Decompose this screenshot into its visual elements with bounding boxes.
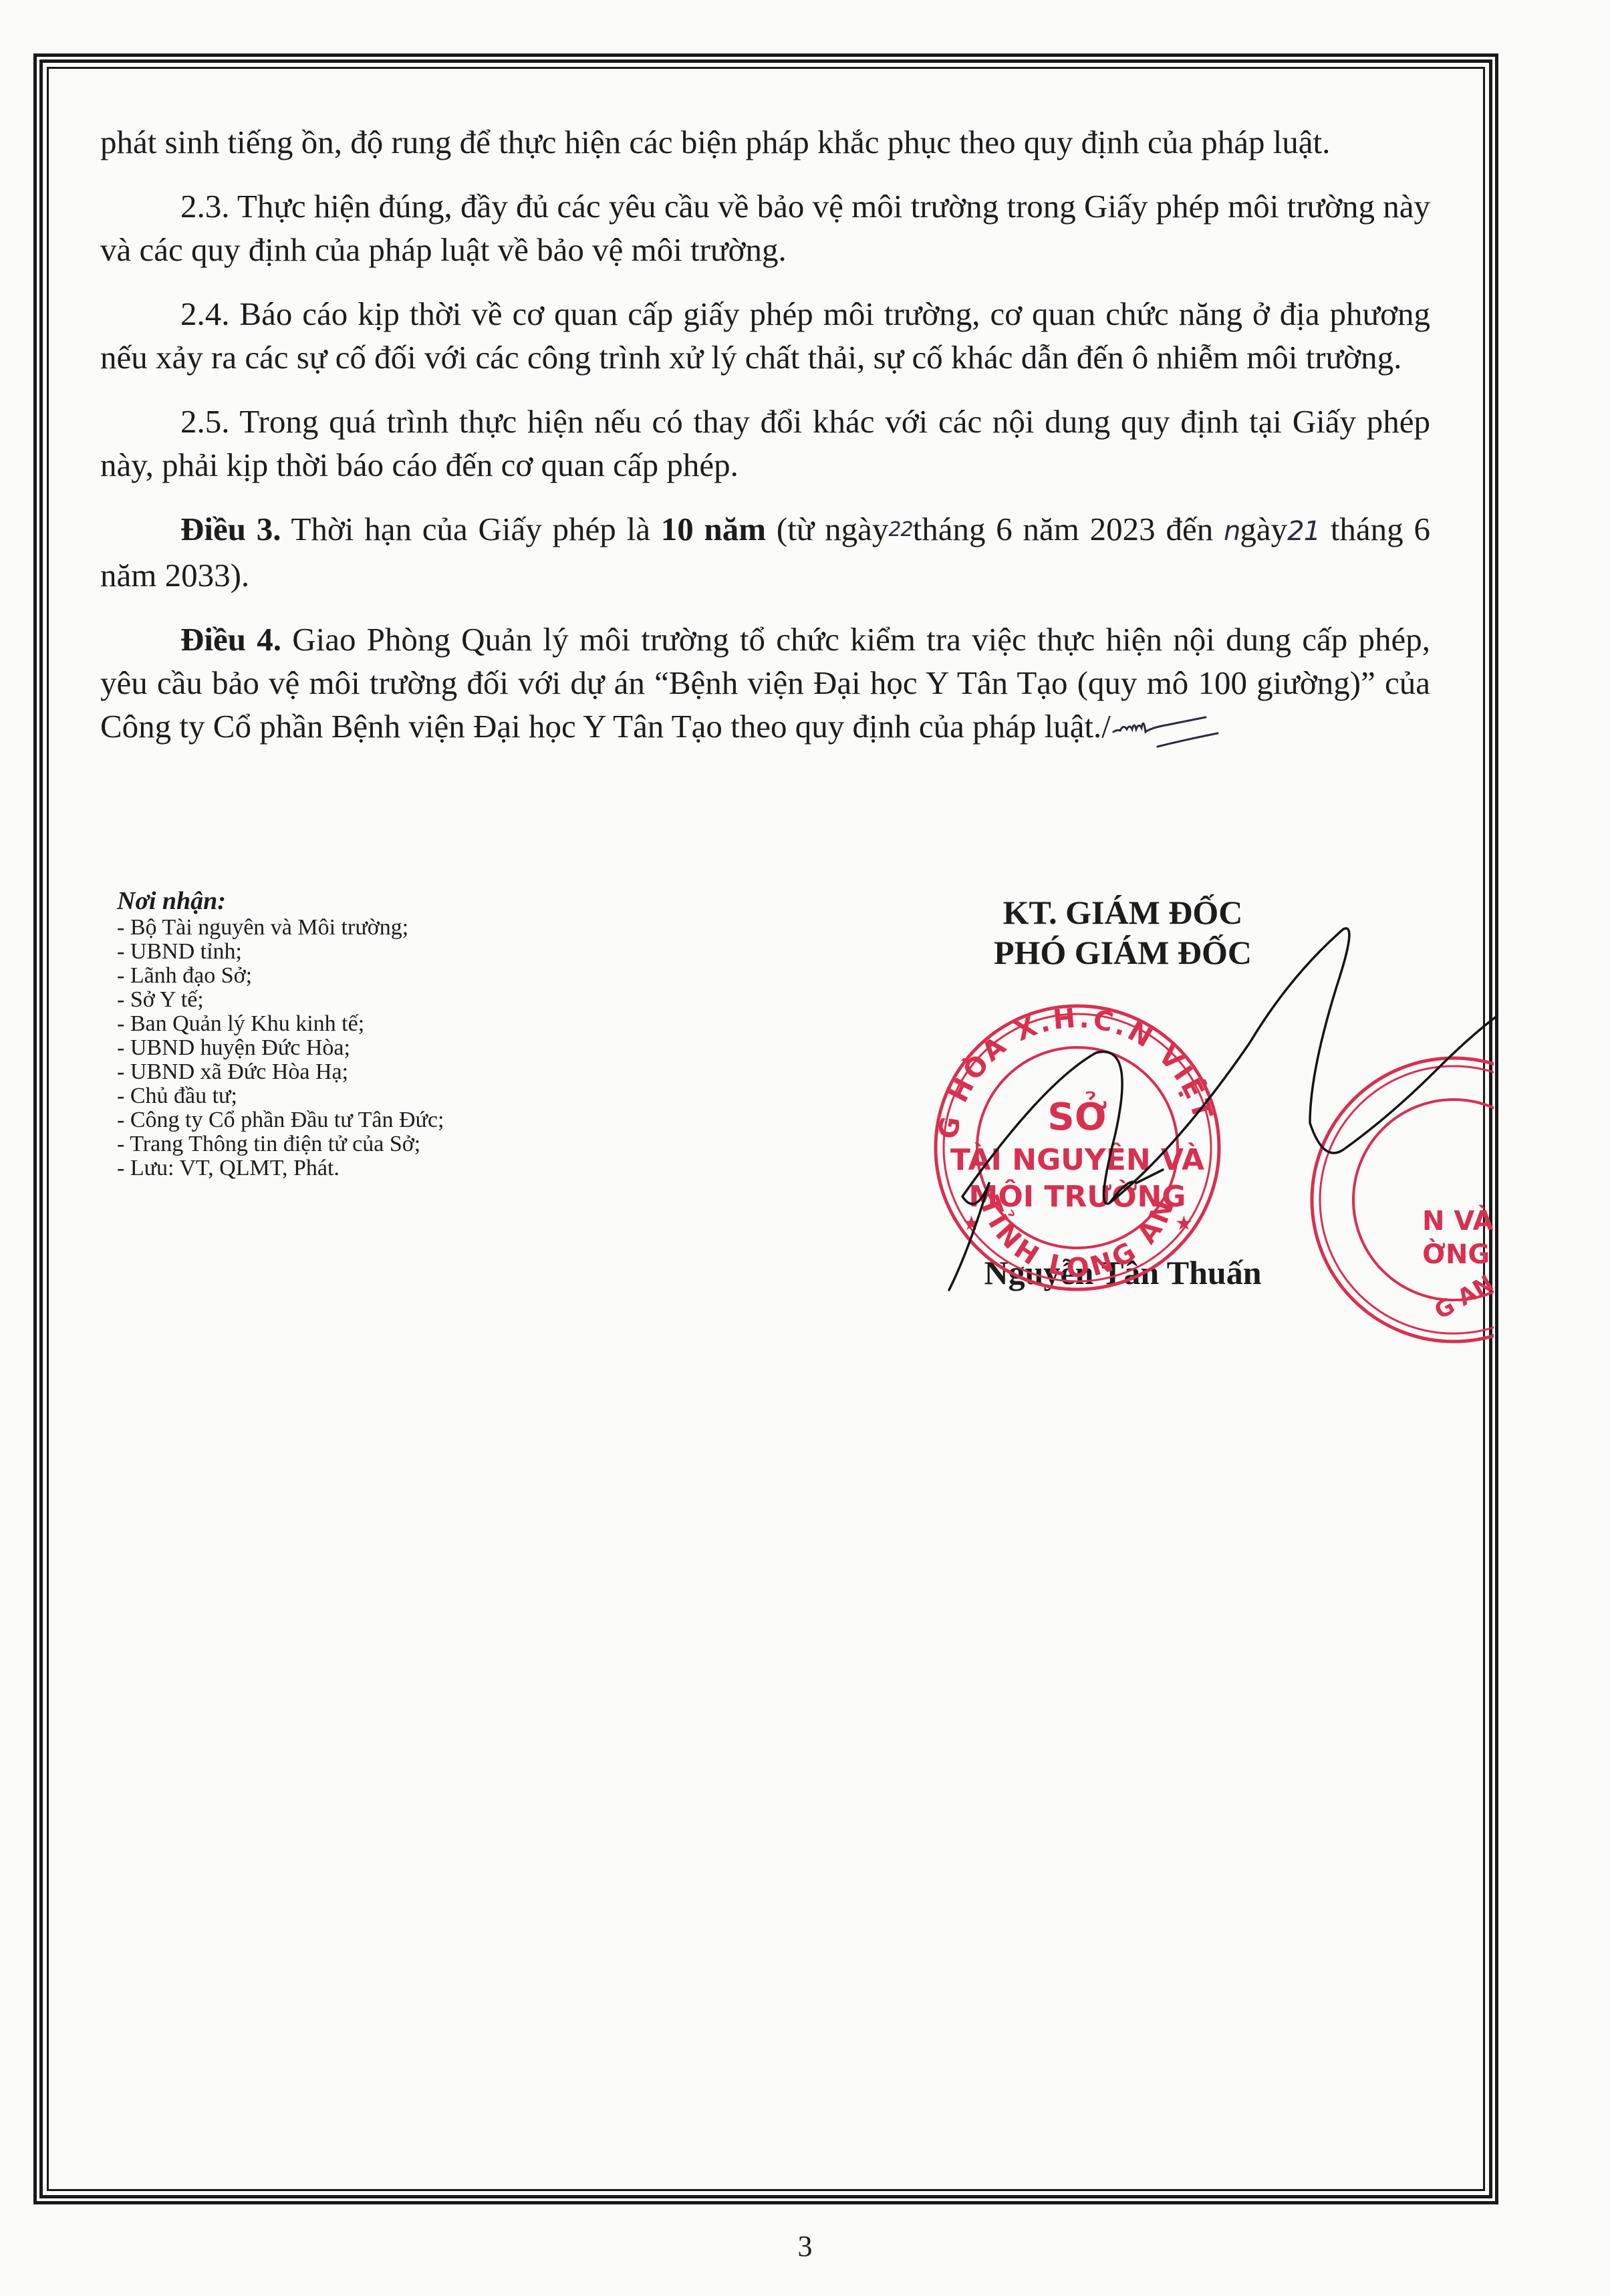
document-body: phát sinh tiếng ồn, độ rung để thực hiện…: [100, 120, 1430, 769]
signature-title-1: KT. GIÁM ĐỐC: [922, 892, 1323, 932]
article-3-text-d: gày: [1240, 511, 1287, 547]
recipient-item: - Chủ đầu tư;: [117, 1084, 625, 1108]
recipients-block: Nơi nhận: - Bộ Tài nguyên và Môi trường;…: [117, 889, 625, 1180]
handwritten-initials-icon: [1111, 713, 1224, 747]
handwritten-start-day: 22: [888, 518, 912, 541]
paragraph-continuation: phát sinh tiếng ồn, độ rung để thực hiện…: [100, 120, 1430, 164]
article-3-duration: 10 năm: [661, 511, 766, 547]
article-3-text-c: tháng 6 năm 2023 đến: [913, 511, 1224, 547]
signature-block: KT. GIÁM ĐỐC PHÓ GIÁM ĐỐC Nguyễn Tân Thu…: [922, 892, 1323, 973]
recipient-item: - Sở Y tế;: [117, 988, 625, 1012]
article-3-text-a: Thời hạn của Giấy phép là: [281, 511, 661, 547]
page-number: 3: [0, 2229, 1610, 2263]
recipient-item: - Ban Quản lý Khu kinh tế;: [117, 1012, 625, 1036]
recipient-item: - Lãnh đạo Sở;: [117, 964, 625, 988]
article-3-label: Điều 3.: [180, 511, 281, 547]
recipient-item: - Lưu: VT, QLMT, Phát.: [117, 1156, 625, 1180]
recipient-item: - Công ty Cổ phần Đầu tư Tân Đức;: [117, 1108, 625, 1132]
paragraph-2-5: 2.5. Trong quá trình thực hiện nếu có th…: [100, 400, 1430, 487]
paragraph-2-4: 2.4. Báo cáo kịp thời về cơ quan cấp giấ…: [100, 292, 1430, 379]
recipient-item: - Bộ Tài nguyên và Môi trường;: [117, 916, 625, 940]
signer-name: Nguyễn Tân Thuấn: [922, 1253, 1323, 1292]
article-4-label: Điều 4.: [180, 621, 281, 658]
signature-title-2: PHÓ GIÁM ĐỐC: [922, 932, 1323, 973]
handwritten-n: n: [1224, 516, 1240, 547]
handwritten-end-day: 21: [1287, 516, 1320, 547]
paragraph-2-3: 2.3. Thực hiện đúng, đầy đủ các yêu cầu …: [100, 184, 1430, 271]
recipient-item: - Trang Thông tin điện tử của Sở;: [117, 1132, 625, 1156]
recipients-title: Nơi nhận:: [117, 889, 625, 913]
recipient-item: - UBND huyện Đức Hòa;: [117, 1036, 625, 1060]
article-4: Điều 4. Giao Phòng Quản lý môi trường tổ…: [100, 618, 1430, 748]
recipient-item: - UBND xã Đức Hòa Hạ;: [117, 1060, 625, 1084]
recipient-item: - UBND tỉnh;: [117, 940, 625, 964]
article-3-text-b: (từ ngày: [766, 511, 888, 547]
article-3: Điều 3. Thời hạn của Giấy phép là 10 năm…: [100, 507, 1430, 597]
recipients-list: - Bộ Tài nguyên và Môi trường; - UBND tỉ…: [117, 916, 625, 1180]
article-4-text: Giao Phòng Quản lý môi trường tổ chức ki…: [100, 621, 1430, 745]
